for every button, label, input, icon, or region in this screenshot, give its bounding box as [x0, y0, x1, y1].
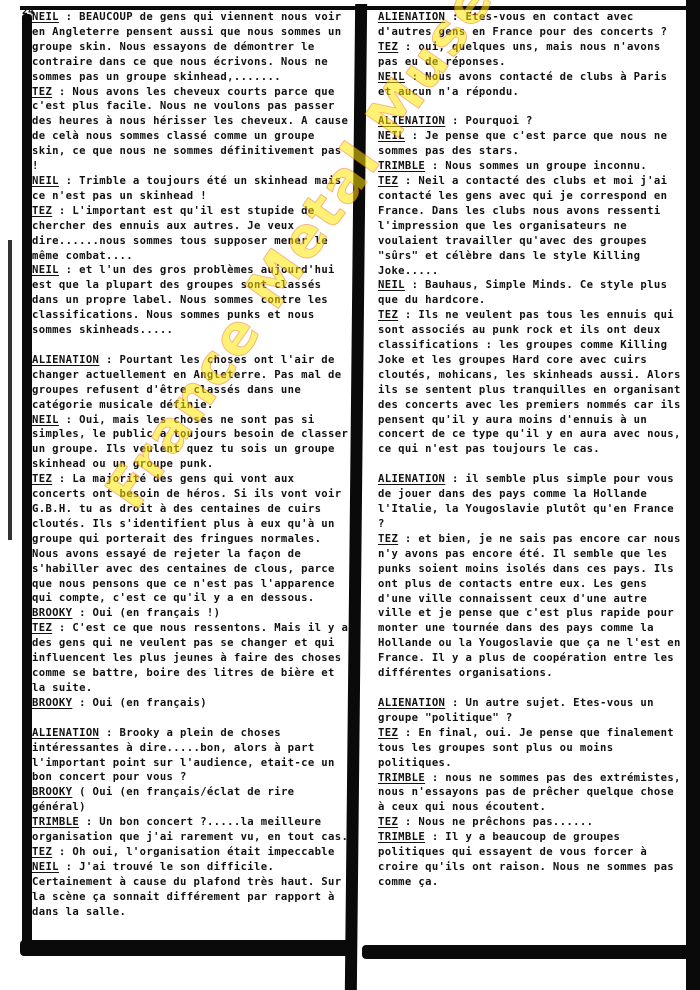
speaker-name: TRIMBLE	[32, 816, 79, 828]
speaker-name: ALIENATION	[378, 473, 445, 485]
paragraph-gap	[378, 99, 686, 114]
dialogue-line: BROOKY : Oui (en français !)	[32, 606, 350, 621]
dialogue-line: TEZ : Neil a contacté des clubs et moi j…	[378, 174, 686, 278]
dialogue-line: TRIMBLE : nous ne sommes pas des extrémi…	[378, 771, 686, 816]
dialogue-text: : J'ai trouvé le son difficile. Certaine…	[32, 861, 342, 918]
dialogue-line: ALIENATION : Un autre sujet. Etes-vous u…	[378, 696, 686, 726]
dialogue-text: ( Oui (en français/éclat de rire général…	[32, 786, 294, 813]
scanned-page: 24 NEIL : BEAUCOUP de gens qui viennent …	[0, 0, 700, 990]
speaker-name: ALIENATION	[378, 697, 445, 709]
paragraph-gap	[32, 711, 350, 726]
dialogue-line: NEIL : J'ai trouvé le son difficile. Cer…	[32, 860, 350, 920]
dialogue-line: TEZ : Oh oui, l'organisation était impec…	[32, 845, 350, 860]
dialogue-line: TEZ : C'est ce que nous ressentons. Mais…	[32, 621, 350, 696]
speaker-name: TEZ	[32, 622, 52, 634]
dialogue-line: NEIL : Je pense que c'est parce que nous…	[378, 129, 686, 159]
dialogue-text: : L'important est qu'il est stupide de c…	[32, 205, 328, 262]
dialogue-line: TEZ : En final, oui. Je pense que finale…	[378, 726, 686, 771]
dialogue-text: : Nous avons les cheveux courts parce qu…	[32, 86, 348, 173]
speaker-name: TEZ	[378, 816, 398, 828]
dialogue-line: ALIENATION : Brooky a plein de choses in…	[32, 726, 350, 786]
dialogue-text: : Oui, mais les choses ne sont pas si si…	[32, 414, 348, 471]
dialogue-text: : Trimble a toujours été un skinhead mai…	[32, 175, 342, 202]
speaker-name: NEIL	[32, 414, 59, 426]
dialogue-line: TRIMBLE : Il y a beaucoup de groupes pol…	[378, 830, 686, 890]
speaker-name: TRIMBLE	[378, 772, 425, 784]
speaker-name: ALIENATION	[32, 354, 99, 366]
dialogue-line: TEZ : oui, quelques uns, mais nous n'avo…	[378, 40, 686, 70]
dialogue-line: TEZ : Nous avons les cheveux courts parc…	[32, 85, 350, 174]
interview-column-left: NEIL : BEAUCOUP de gens qui viennent nou…	[32, 10, 350, 919]
dialogue-text: : oui, quelques uns, mais nous n'avons p…	[378, 41, 661, 68]
dialogue-text: : Pourquoi ?	[445, 115, 532, 127]
dialogue-text: : Ils ne veulent pas tous les ennuis qui…	[378, 309, 681, 455]
dialogue-line: NEIL : Bauhaus, Simple Minds. Ce style p…	[378, 278, 686, 308]
dialogue-text: : et bien, je ne sais pas encore car nou…	[378, 533, 681, 679]
photocopy-edge-left	[8, 240, 12, 540]
speaker-name: NEIL	[32, 175, 59, 187]
speaker-name: TEZ	[32, 86, 52, 98]
dialogue-line: BROOKY ( Oui (en français/éclat de rire …	[32, 785, 350, 815]
speaker-name: TRIMBLE	[378, 831, 425, 843]
dialogue-line: TRIMBLE : Un bon concert ?.....la meille…	[32, 815, 350, 845]
speaker-name: TEZ	[32, 846, 52, 858]
speaker-name: TEZ	[378, 309, 398, 321]
speaker-name: NEIL	[32, 11, 59, 23]
speaker-name: BROOKY	[32, 786, 72, 798]
dialogue-line: NEIL : Trimble a toujours été un skinhea…	[32, 174, 350, 204]
dialogue-line: BROOKY : Oui (en français)	[32, 696, 350, 711]
dialogue-line: NEIL : Nous avons contacté de clubs à Pa…	[378, 70, 686, 100]
dialogue-text: : Un bon concert ?.....la meilleure orga…	[32, 816, 348, 843]
photocopy-border-bottom-right	[362, 945, 694, 959]
dialogue-text: : Oh oui, l'organisation était impeccabl…	[52, 846, 335, 858]
dialogue-text: : Oui (en français !)	[72, 607, 220, 619]
dialogue-line: NEIL : Oui, mais les choses ne sont pas …	[32, 413, 350, 473]
speaker-name: NEIL	[378, 71, 405, 83]
dialogue-line: TEZ : L'important est qu'il est stupide …	[32, 204, 350, 264]
speaker-name: TEZ	[32, 473, 52, 485]
dialogue-line: TEZ : La majorité des gens qui vont aux …	[32, 472, 350, 606]
dialogue-text: : En final, oui. Je pense que finalement…	[378, 727, 674, 769]
paragraph-gap	[378, 681, 686, 696]
dialogue-line: TEZ : Ils ne veulent pas tous les ennuis…	[378, 308, 686, 457]
dialogue-text: : C'est ce que nous ressentons. Mais il …	[32, 622, 348, 694]
speaker-name: BROOKY	[32, 607, 72, 619]
photocopy-border-bottom-left	[20, 940, 355, 956]
speaker-name: TEZ	[378, 41, 398, 53]
paragraph-gap	[378, 457, 686, 472]
dialogue-text: : Nous sommes un groupe inconnu.	[425, 160, 647, 172]
speaker-name: TEZ	[378, 533, 398, 545]
speaker-name: ALIENATION	[378, 115, 445, 127]
dialogue-line: TEZ : et bien, je ne sais pas encore car…	[378, 532, 686, 681]
speaker-name: NEIL	[32, 861, 59, 873]
dialogue-text: : Nous ne prêchons pas......	[398, 816, 593, 828]
speaker-name: ALIENATION	[32, 727, 99, 739]
speaker-name: TEZ	[378, 727, 398, 739]
dialogue-line: TRIMBLE : Nous sommes un groupe inconnu.	[378, 159, 686, 174]
speaker-name: NEIL	[378, 279, 405, 291]
photocopy-border-left	[22, 14, 32, 949]
dialogue-text: : Bauhaus, Simple Minds. Ce style plus q…	[378, 279, 667, 306]
speaker-name: TEZ	[378, 175, 398, 187]
dialogue-text: : Oui (en français)	[72, 697, 207, 709]
dialogue-line: ALIENATION : Pourtant les choses ont l'a…	[32, 353, 350, 413]
speaker-name: ALIENATION	[378, 11, 445, 23]
dialogue-line: ALIENATION : il semble plus simple pour …	[378, 472, 686, 532]
dialogue-line: NEIL : BEAUCOUP de gens qui viennent nou…	[32, 10, 350, 85]
dialogue-text: : Nous avons contacté de clubs à Paris e…	[378, 71, 667, 98]
photocopy-border-right	[686, 0, 700, 990]
interview-column-right: ALIENATION : Etes-vous en contact avec d…	[378, 10, 686, 890]
dialogue-line: TEZ : Nous ne prêchons pas......	[378, 815, 686, 830]
speaker-name: TRIMBLE	[378, 160, 425, 172]
dialogue-line: NEIL : et l'un des gros problèmes aujour…	[32, 263, 350, 338]
dialogue-text: : Neil a contacté des clubs et moi j'ai …	[378, 175, 667, 276]
paragraph-gap	[32, 338, 350, 353]
speaker-name: NEIL	[378, 130, 405, 142]
dialogue-text: : BEAUCOUP de gens qui viennent nous voi…	[32, 11, 342, 83]
dialogue-line: ALIENATION : Etes-vous en contact avec d…	[378, 10, 686, 40]
dialogue-text: : et l'un des gros problèmes aujourd'hui…	[32, 264, 335, 336]
speaker-name: BROOKY	[32, 697, 72, 709]
dialogue-line: ALIENATION : Pourquoi ?	[378, 114, 686, 129]
speaker-name: TEZ	[32, 205, 52, 217]
speaker-name: NEIL	[32, 264, 59, 276]
dialogue-text: : La majorité des gens qui vont aux conc…	[32, 473, 342, 604]
dialogue-text: : Je pense que c'est parce que nous ne s…	[378, 130, 667, 157]
